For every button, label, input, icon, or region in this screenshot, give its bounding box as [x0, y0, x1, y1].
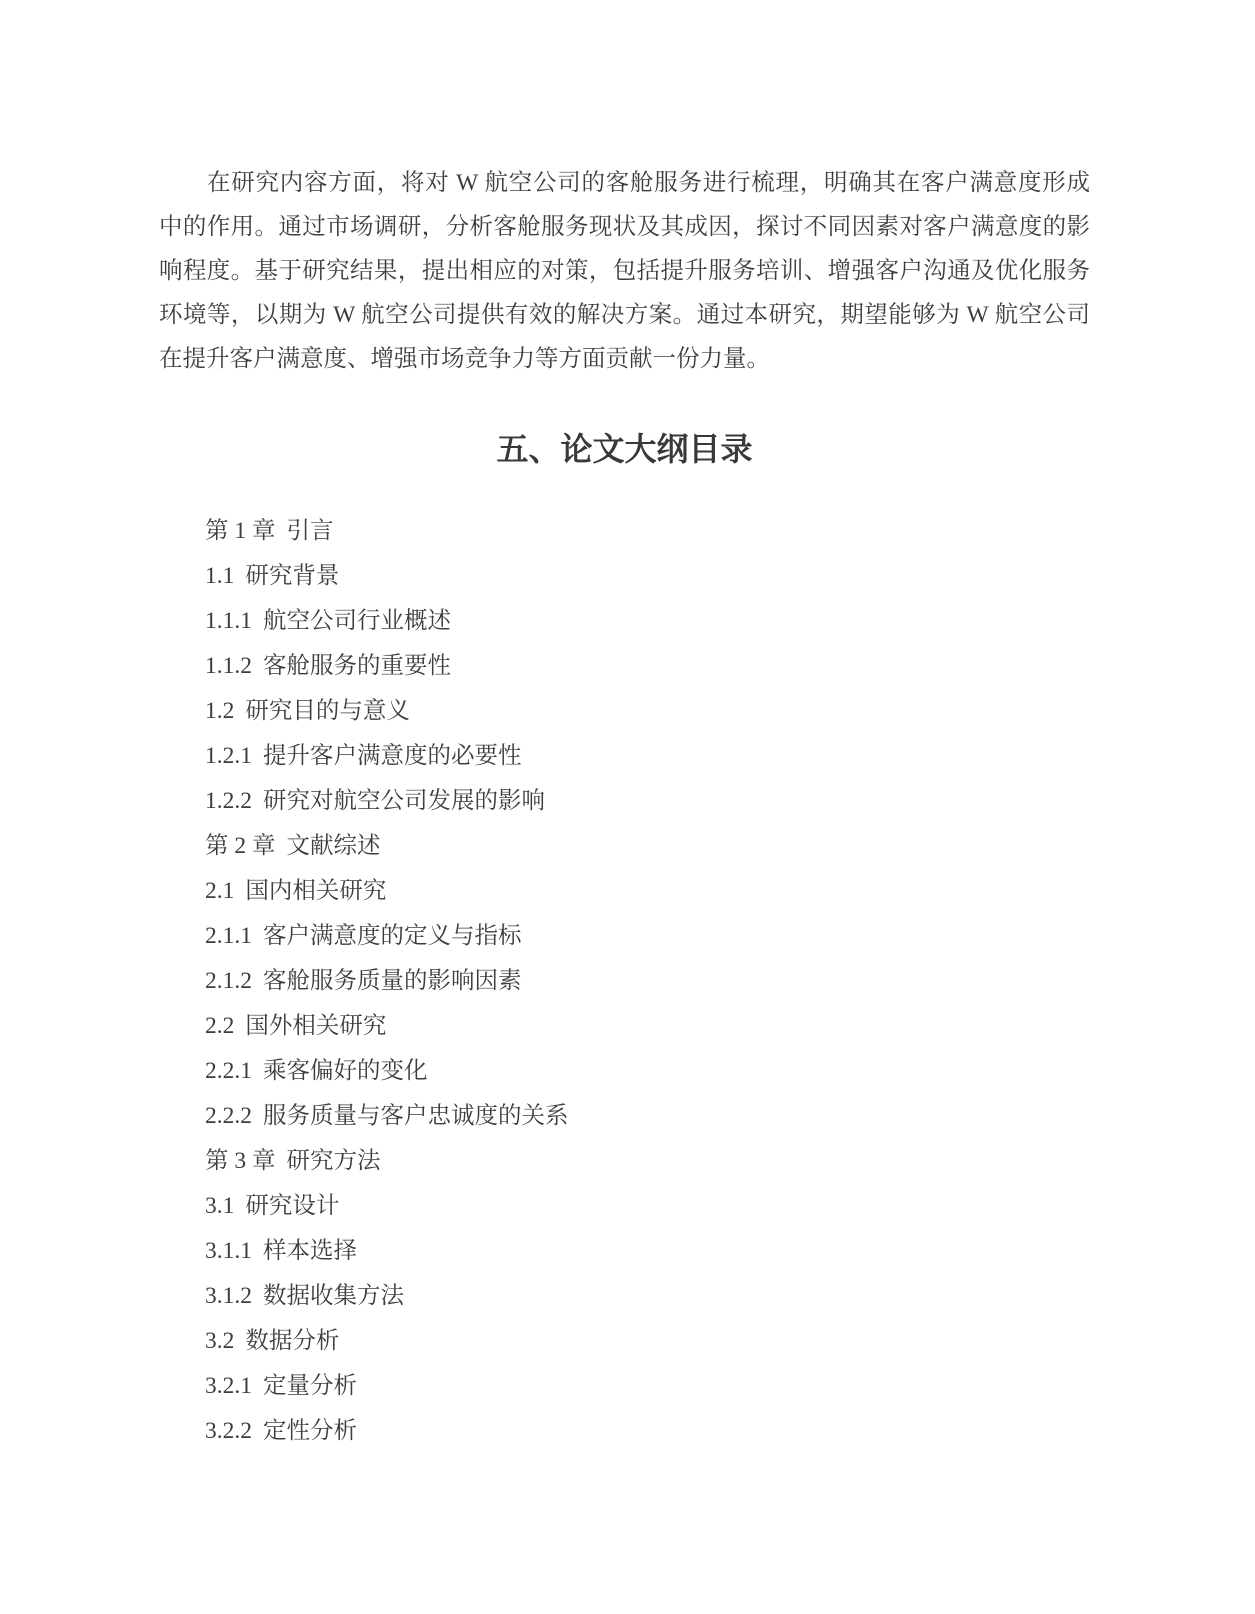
document-page: 在研究内容方面，将对 W 航空公司的客舱服务进行梳理，明确其在客户满意度形成中的…: [0, 0, 1255, 1614]
outline-item-number: 3.1.2: [205, 1283, 252, 1309]
outline-item: 1.2.2研究对航空公司发展的影响: [205, 779, 1090, 824]
outline-item-title: 文献综述: [287, 833, 381, 859]
outline-item-title: 研究对航空公司发展的影响: [263, 788, 545, 814]
outline-item-title: 研究目的与意义: [245, 698, 410, 724]
outline-item-title: 客舱服务质量的影响因素: [263, 968, 522, 994]
outline-item-number: 2.2.2: [205, 1103, 252, 1129]
outline-item-title: 定量分析: [263, 1373, 357, 1399]
paragraph-line: 中的作用。通过市场调研，分析客舱服务现状及其成因，探讨不同因素对客户满意度的影: [159, 205, 1090, 249]
outline-item: 2.2国外相关研究: [205, 1004, 1090, 1049]
outline-item-title: 研究背景: [245, 563, 339, 589]
outline-item-title: 研究设计: [245, 1193, 339, 1219]
outline-item: 3.2.1定量分析: [205, 1364, 1090, 1409]
outline-item-title: 客舱服务的重要性: [263, 653, 451, 679]
outline-item-title: 航空公司行业概述: [263, 608, 451, 634]
outline-item: 3.2.2定性分析: [205, 1409, 1090, 1454]
outline-item: 1.1研究背景: [205, 554, 1090, 599]
paragraph-line: 在提升客户满意度、增强市场竞争力等方面贡献一份力量。: [159, 337, 1090, 381]
outline-list: 第 1 章引言1.1研究背景1.1.1航空公司行业概述1.1.2客舱服务的重要性…: [159, 509, 1090, 1454]
outline-item-number: 2.1.1: [205, 923, 252, 949]
outline-item-title: 乘客偏好的变化: [263, 1058, 428, 1084]
outline-item: 1.2.1提升客户满意度的必要性: [205, 734, 1090, 779]
outline-item-number: 2.1.2: [205, 968, 252, 994]
outline-item: 2.1.2客舱服务质量的影响因素: [205, 959, 1090, 1004]
outline-item-number: 1.2.2: [205, 788, 252, 814]
outline-item-title: 服务质量与客户忠诚度的关系: [263, 1103, 569, 1129]
outline-item: 2.2.1乘客偏好的变化: [205, 1049, 1090, 1094]
outline-item: 1.1.1航空公司行业概述: [205, 599, 1090, 644]
outline-item-number: 第 1 章: [205, 518, 276, 544]
outline-item-title: 数据分析: [245, 1328, 339, 1354]
page-content: 在研究内容方面，将对 W 航空公司的客舱服务进行梳理，明确其在客户满意度形成中的…: [159, 0, 1090, 1454]
research-content-paragraph: 在研究内容方面，将对 W 航空公司的客舱服务进行梳理，明确其在客户满意度形成中的…: [159, 161, 1090, 381]
paragraph-line: 在研究内容方面，将对 W 航空公司的客舱服务进行梳理，明确其在客户满意度形成: [159, 161, 1090, 205]
outline-item-title: 国外相关研究: [245, 1013, 386, 1039]
outline-item: 第 3 章研究方法: [205, 1139, 1090, 1184]
outline-item-number: 2.2: [205, 1013, 234, 1039]
outline-item-number: 第 2 章: [205, 833, 276, 859]
outline-item: 第 2 章文献综述: [205, 824, 1090, 869]
outline-item-number: 3.2.1: [205, 1373, 252, 1399]
outline-item-number: 1.2.1: [205, 743, 252, 769]
outline-item: 2.1国内相关研究: [205, 869, 1090, 914]
outline-item-title: 提升客户满意度的必要性: [263, 743, 522, 769]
outline-item-number: 3.1.1: [205, 1238, 252, 1264]
section-heading: 五、论文大纲目录: [159, 427, 1090, 471]
outline-item: 2.1.1客户满意度的定义与指标: [205, 914, 1090, 959]
paragraph-line: 环境等，以期为 W 航空公司提供有效的解决方案。通过本研究，期望能够为 W 航空…: [159, 293, 1090, 337]
outline-item: 3.2数据分析: [205, 1319, 1090, 1364]
outline-item-number: 3.2.2: [205, 1418, 252, 1444]
outline-item: 3.1研究设计: [205, 1184, 1090, 1229]
outline-item-number: 3.1: [205, 1193, 234, 1219]
outline-item-number: 2.1: [205, 878, 234, 904]
outline-item-title: 国内相关研究: [245, 878, 386, 904]
outline-item: 1.2研究目的与意义: [205, 689, 1090, 734]
outline-item-number: 2.2.1: [205, 1058, 252, 1084]
outline-item-title: 定性分析: [263, 1418, 357, 1444]
outline-item-title: 数据收集方法: [263, 1283, 404, 1309]
outline-item-number: 第 3 章: [205, 1148, 276, 1174]
outline-item: 第 1 章引言: [205, 509, 1090, 554]
outline-item-title: 引言: [287, 518, 334, 544]
outline-item-number: 1.1.2: [205, 653, 252, 679]
outline-item-number: 3.2: [205, 1328, 234, 1354]
outline-item-title: 客户满意度的定义与指标: [263, 923, 522, 949]
outline-item: 3.1.1样本选择: [205, 1229, 1090, 1274]
outline-item-number: 1.1: [205, 563, 234, 589]
outline-item: 3.1.2数据收集方法: [205, 1274, 1090, 1319]
paragraph-line: 响程度。基于研究结果，提出相应的对策，包括提升服务培训、增强客户沟通及优化服务: [159, 249, 1090, 293]
outline-item-title: 研究方法: [287, 1148, 381, 1174]
outline-item-title: 样本选择: [263, 1238, 357, 1264]
outline-item-number: 1.2: [205, 698, 234, 724]
outline-item: 2.2.2服务质量与客户忠诚度的关系: [205, 1094, 1090, 1139]
outline-item: 1.1.2客舱服务的重要性: [205, 644, 1090, 689]
outline-item-number: 1.1.1: [205, 608, 252, 634]
